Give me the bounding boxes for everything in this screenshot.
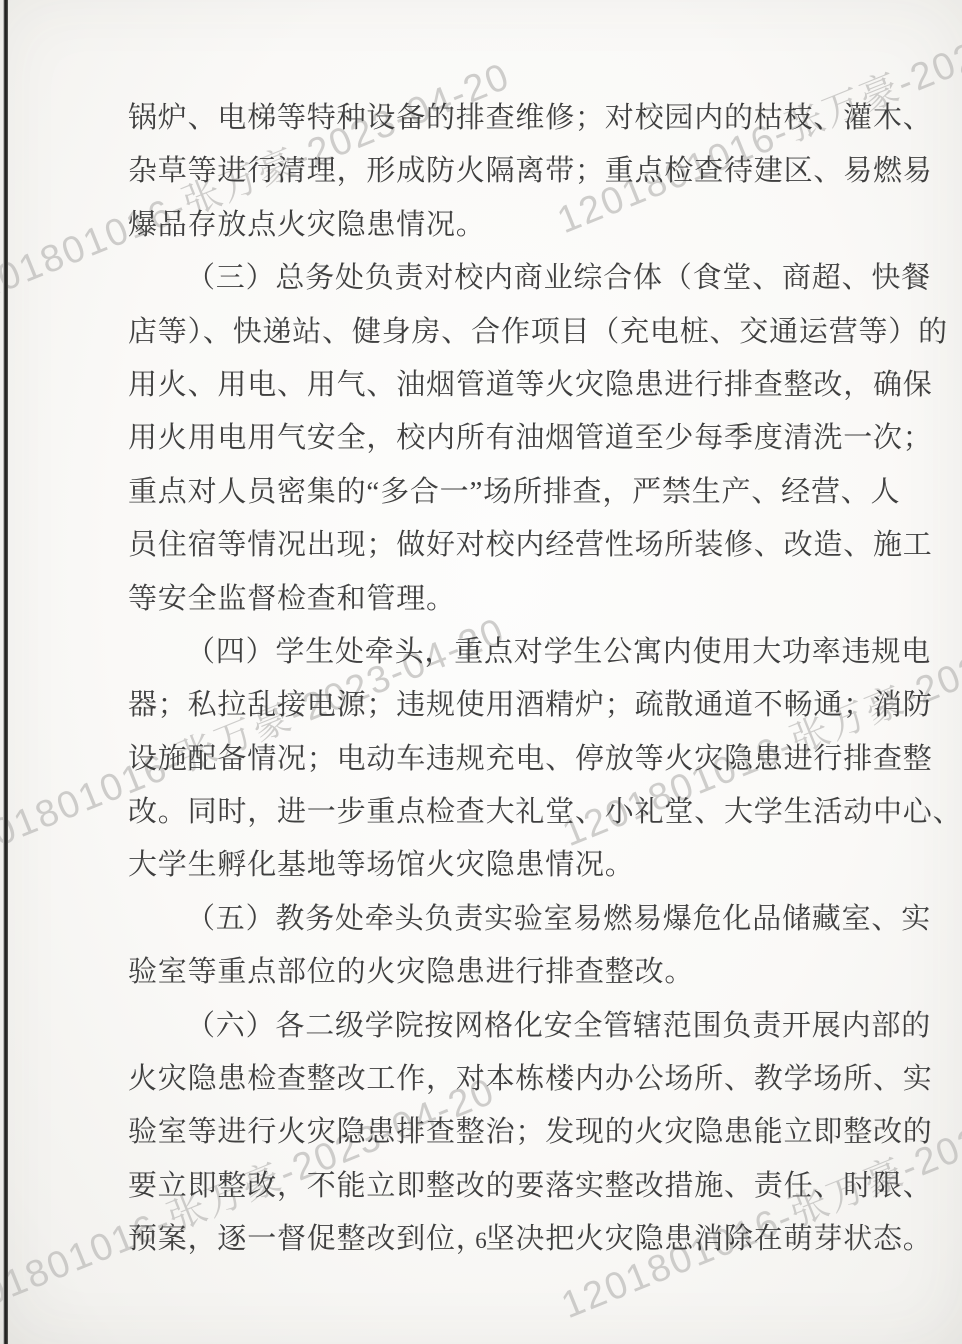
text-line: 重点对人员密集的“多合一”场所排查，严禁生产、经营、人	[128, 466, 848, 519]
text-line: 验室等进行火灾隐患排查整治；发现的火灾隐患能立即整改的	[128, 1106, 848, 1159]
document-body: 锅炉、电梯等特种设备的排查维修；对校园内的枯枝、灌木、杂草等进行清理，形成防火隔…	[128, 92, 848, 1267]
text-line: 爆品存放点火灾隐患情况。	[128, 199, 848, 252]
text-line: 验室等重点部位的火灾隐患进行排查整改。	[128, 946, 848, 999]
text-line: 锅炉、电梯等特种设备的排查维修；对校园内的枯枝、灌木、	[128, 92, 848, 145]
text-line: 用火、用电、用气、油烟管道等火灾隐患进行排查整改，确保	[128, 359, 848, 412]
text-line: 用火用电用气安全，校内所有油烟管道至少每季度清洗一次；	[128, 412, 848, 465]
text-line: 器；私拉乱接电源；违规使用酒精炉；疏散通道不畅通；消防	[128, 679, 848, 732]
text-line: 等安全监督检查和管理。	[128, 573, 848, 626]
text-line: （五）教务处牵头负责实验室易燃易爆危化品储藏室、实	[128, 893, 848, 946]
text-line: 店等）、快递站、健身房、合作项目（充电桩、交通运营等）的	[128, 306, 848, 359]
page-left-edge-line	[3, 0, 8, 1344]
text-line: （四）学生处牵头，重点对学生公寓内使用大功率违规电	[128, 626, 848, 679]
text-line: 杂草等进行清理，形成防火隔离带；重点检查待建区、易燃易	[128, 145, 848, 198]
text-line: 员住宿等情况出现；做好对校内经营性场所装修、改造、施工	[128, 519, 848, 572]
text-line: 火灾隐患检查整改工作，对本栋楼内办公场所、教学场所、实	[128, 1053, 848, 1106]
text-line: 改。同时，进一步重点检查大礼堂、小礼堂、大学生活动中心、	[128, 786, 848, 839]
document-page: 1201801016-张万豪-2023-04-201201801016-张万豪-…	[0, 0, 962, 1344]
text-line: 大学生孵化基地等场馆火灾隐患情况。	[128, 839, 848, 892]
page-number: 6	[0, 1228, 962, 1254]
text-line: （六）各二级学院按网格化安全管辖范围负责开展内部的	[128, 1000, 848, 1053]
text-line: 要立即整改，不能立即整改的要落实整改措施、责任、时限、	[128, 1160, 848, 1213]
text-line: （三）总务处负责对校内商业综合体（食堂、商超、快餐	[128, 252, 848, 305]
text-line: 设施配备情况；电动车违规充电、停放等火灾隐患进行排查整	[128, 733, 848, 786]
